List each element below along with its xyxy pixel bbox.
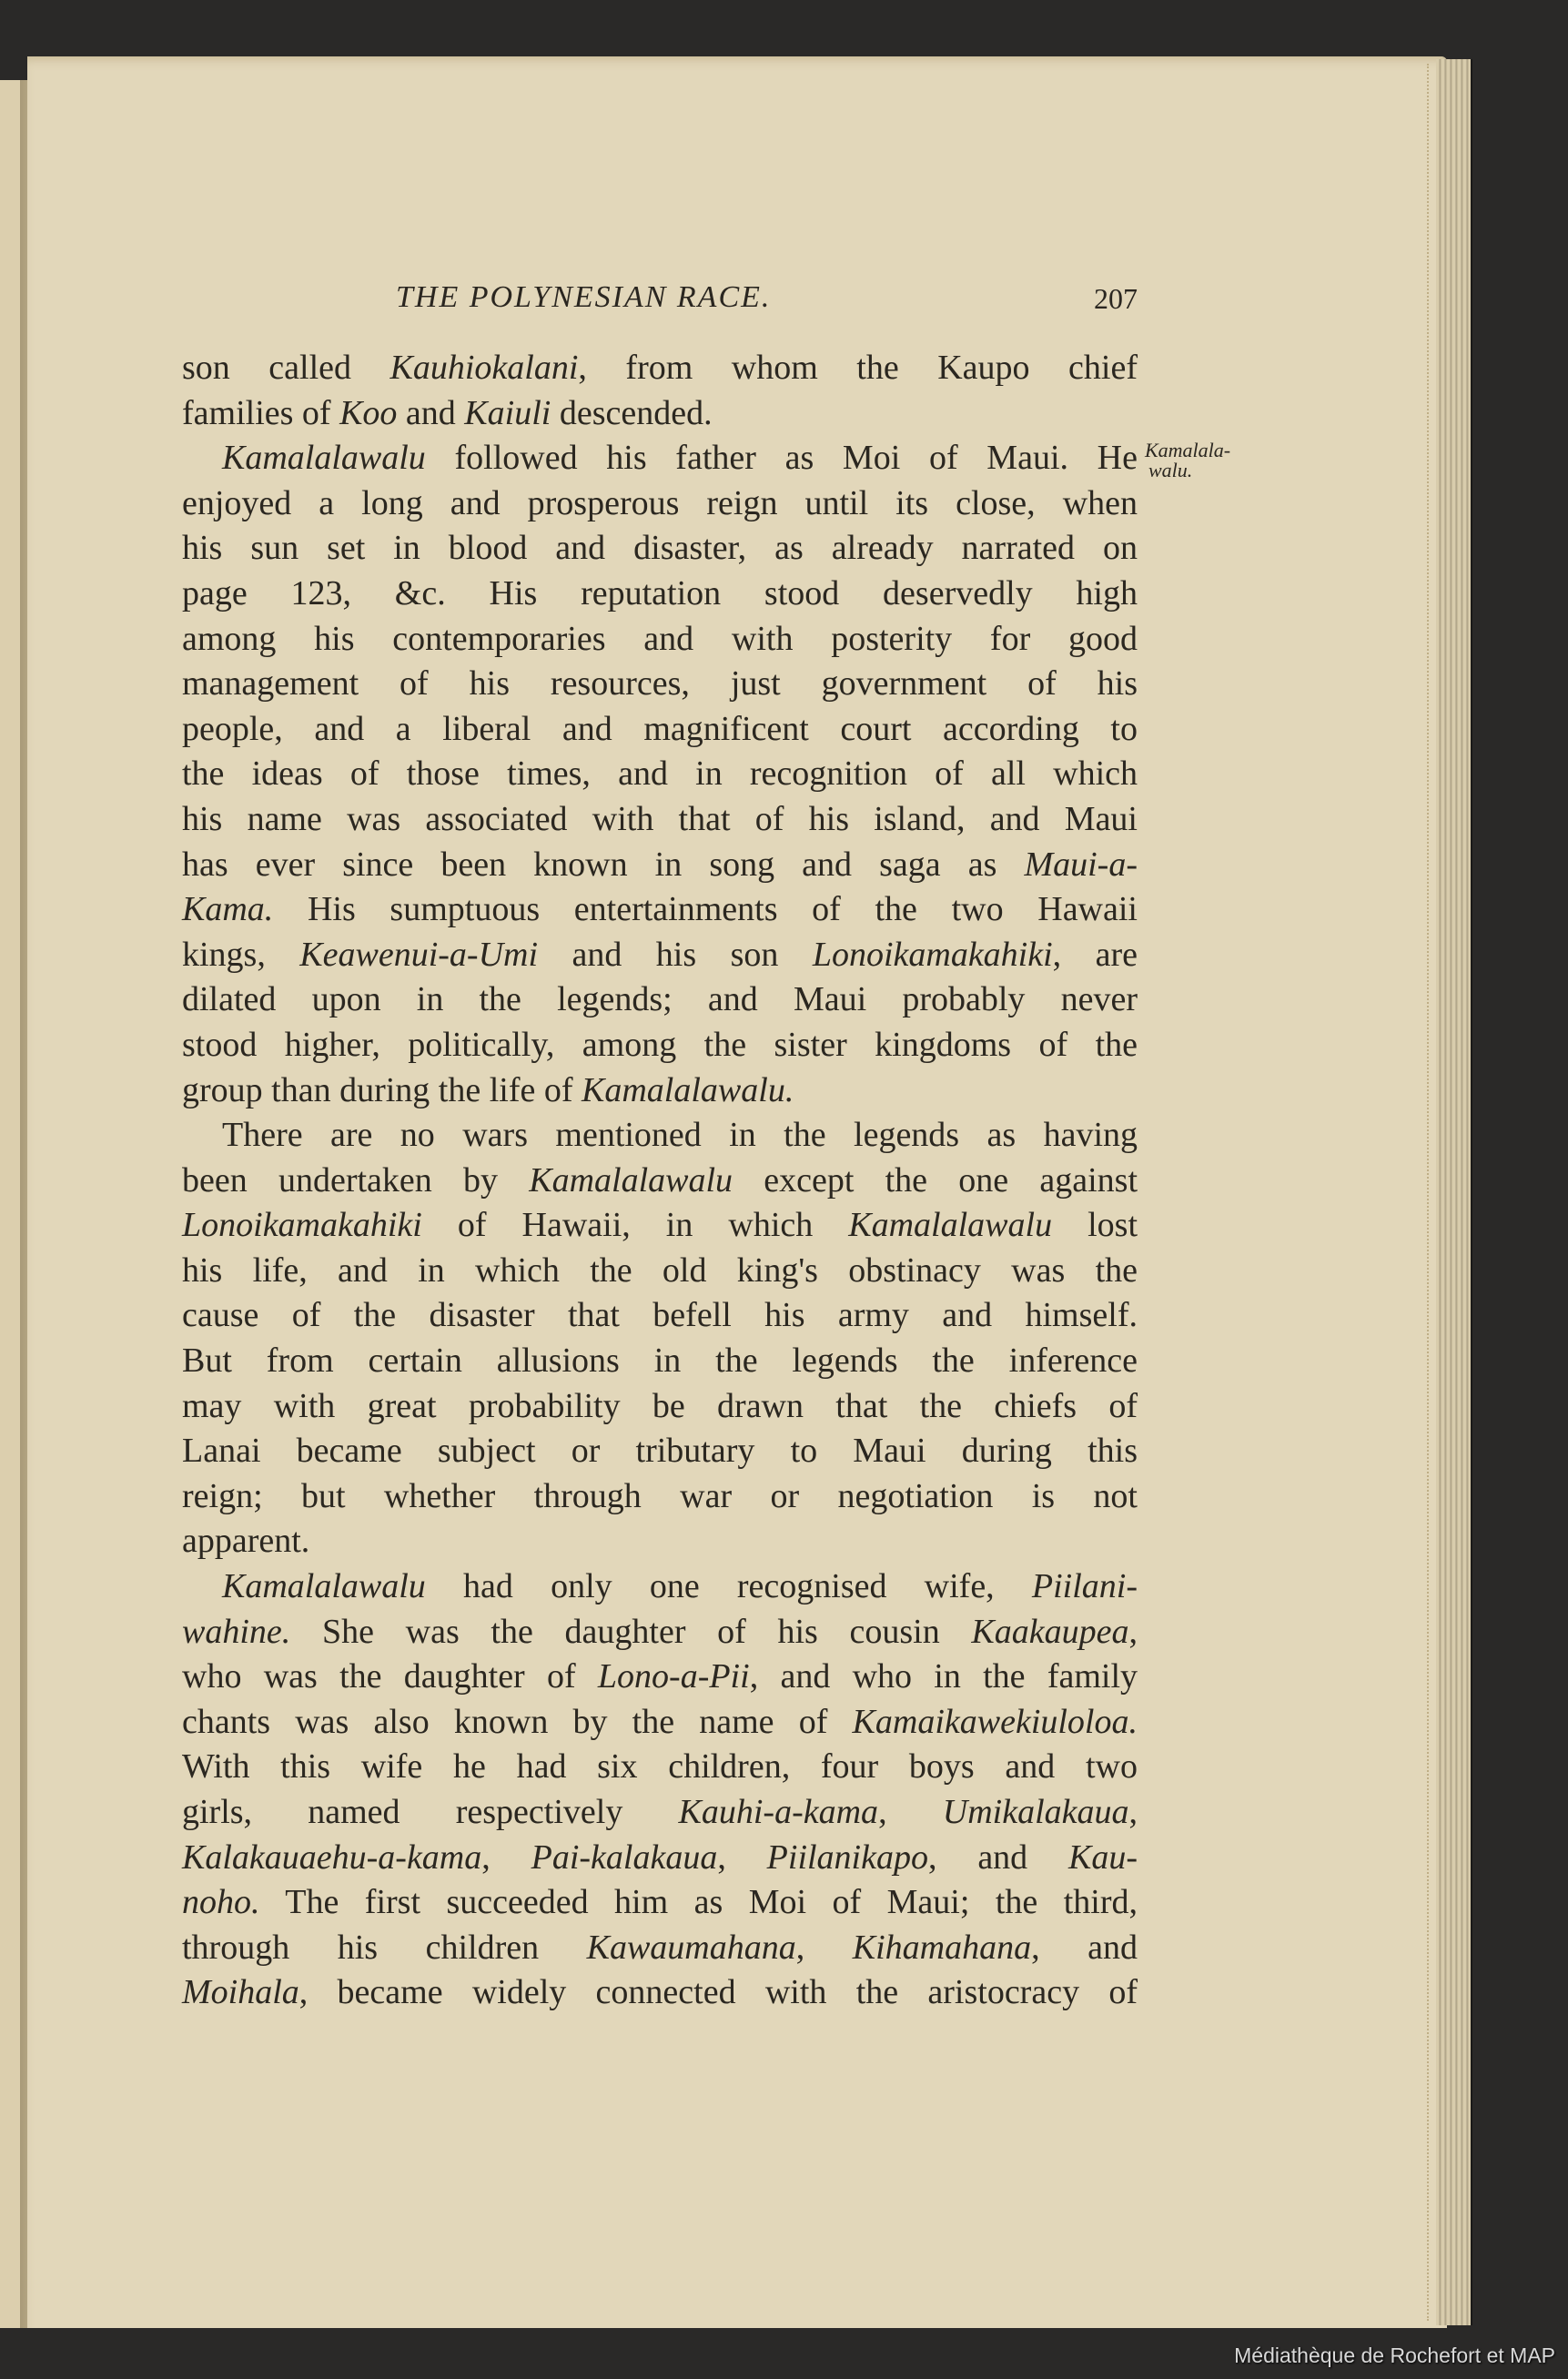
italic-name: Umikalakaua xyxy=(943,1793,1129,1831)
italic-name: Koo xyxy=(339,394,397,432)
text-run: girls, named respectively xyxy=(182,1793,679,1831)
text-run: his name was associated with that of his… xyxy=(182,800,1138,838)
text-line: chants was also known by the name of Kam… xyxy=(182,1700,1138,1746)
page-stack-edges xyxy=(1436,59,1472,2325)
italic-name: Kauhi-a-kama xyxy=(679,1793,879,1831)
running-title: THE POLYNESIAN RACE. xyxy=(396,280,771,315)
text-line: his life, and in which the old king's ob… xyxy=(182,1249,1138,1294)
text-run: lost xyxy=(1052,1206,1138,1244)
text-line: Lonoikamakahiki of Hawaii, in which Kama… xyxy=(182,1203,1138,1249)
italic-name: Piilani- xyxy=(1032,1567,1138,1605)
text-line: been undertaken by Kamalalawalu except t… xyxy=(182,1159,1138,1204)
italic-name: Kama. xyxy=(182,890,273,928)
text-run: dilated upon in the legends; and Maui pr… xyxy=(182,980,1138,1018)
text-run: son called xyxy=(182,349,390,387)
italic-name: noho. xyxy=(182,1883,260,1921)
text-run: , are xyxy=(1053,936,1138,974)
italic-name: wahine. xyxy=(182,1613,290,1651)
text-run: , xyxy=(1129,1613,1138,1651)
text-line: the ideas of those times, and in recogni… xyxy=(182,752,1138,797)
text-run: people, and a liberal and magnificent co… xyxy=(182,710,1138,748)
text-run: may with great probability be drawn that… xyxy=(182,1387,1138,1425)
text-line: enjoyed a long and prosperous reign unti… xyxy=(182,481,1138,527)
text-line: Moihala, became widely connected with th… xyxy=(182,1970,1138,2016)
margin-note-line: Kamalala- xyxy=(1145,440,1281,461)
text-run: But from certain allusions in the legend… xyxy=(182,1341,1138,1380)
margin-note-line: walu. xyxy=(1145,461,1281,481)
margin-note: Kamalala- walu. xyxy=(1145,440,1281,481)
text-run: the ideas of those times, and in recogni… xyxy=(182,754,1138,793)
text-run: There are no wars mentioned in the legen… xyxy=(222,1116,1138,1154)
italic-name: Keawenui-a-Umi xyxy=(299,936,538,974)
text-run: among his contemporaries and with poster… xyxy=(182,620,1138,658)
text-line: his sun set in blood and disaster, as al… xyxy=(182,526,1138,572)
running-head: THE POLYNESIAN RACE. 207 xyxy=(182,280,1138,326)
text-run: followed his father as Moi of Maui. He xyxy=(426,439,1138,477)
text-line: There are no wars mentioned in the legen… xyxy=(182,1113,1138,1159)
text-run: , xyxy=(481,1838,531,1877)
italic-name: Kaakaupea xyxy=(971,1613,1128,1651)
text-run: , from whom the Kaupo chief xyxy=(578,349,1138,387)
text-line: page 123, &c. His reputation stood deser… xyxy=(182,572,1138,617)
italic-name: Kau- xyxy=(1068,1838,1138,1877)
text-run: except the one against xyxy=(733,1161,1138,1200)
italic-name: Kamalalawalu xyxy=(222,439,426,477)
italic-name: Piilanikapo xyxy=(767,1838,928,1877)
text-run: With this wife he had six children, four… xyxy=(182,1747,1138,1786)
text-line: among his contemporaries and with poster… xyxy=(182,617,1138,663)
text-run: group than during the life of xyxy=(182,1071,582,1109)
text-line: But from certain allusions in the legend… xyxy=(182,1339,1138,1384)
text-line: Kamalalawalu had only one recognised wif… xyxy=(182,1564,1138,1610)
text-line: people, and a liberal and magnificent co… xyxy=(182,707,1138,753)
text-run: reign; but whether through war or negoti… xyxy=(182,1477,1138,1515)
text-line: dilated upon in the legends; and Maui pr… xyxy=(182,977,1138,1023)
text-line: Lanai became subject or tributary to Mau… xyxy=(182,1429,1138,1474)
italic-name: Maui-a- xyxy=(1024,845,1138,884)
page-number: 207 xyxy=(1094,282,1138,316)
body-text: son called Kauhiokalani, from whom the K… xyxy=(182,346,1138,2016)
text-run: cause of the disaster that befell his ar… xyxy=(182,1296,1138,1334)
text-run: enjoyed a long and prosperous reign unti… xyxy=(182,484,1138,522)
text-line: noho. The first succeeded him as Moi of … xyxy=(182,1880,1138,1926)
text-line: group than during the life of Kamalalawa… xyxy=(182,1068,1138,1114)
italic-name: Kamalalawalu xyxy=(848,1206,1052,1244)
text-run: , and xyxy=(1031,1929,1138,1967)
text-run: had only one recognised wife, xyxy=(426,1567,1032,1605)
italic-name: Kauhiokalani xyxy=(390,349,579,387)
text-run: , xyxy=(717,1838,766,1877)
text-run: his life, and in which the old king's ob… xyxy=(182,1251,1138,1290)
text-run: management of his resources, just govern… xyxy=(182,664,1138,703)
text-run: and his son xyxy=(538,936,813,974)
text-line: through his children Kawaumahana, Kihama… xyxy=(182,1926,1138,1971)
text-line: kings, Keawenui-a-Umi and his son Lonoik… xyxy=(182,933,1138,978)
text-line: stood higher, politically, among the sis… xyxy=(182,1023,1138,1068)
text-run: , xyxy=(878,1793,943,1831)
text-line: With this wife he had six children, four… xyxy=(182,1745,1138,1790)
text-line: wahine. She was the daughter of his cous… xyxy=(182,1610,1138,1655)
watermark-credit: Médiathèque de Rochefort et MAP xyxy=(1234,2344,1555,2368)
text-run: who was the daughter of xyxy=(182,1657,598,1696)
italic-name: Pai-kalakaua xyxy=(531,1838,718,1877)
italic-name: Lono-a-Pii xyxy=(598,1657,750,1696)
text-run: has ever since been known in song and sa… xyxy=(182,845,1024,884)
text-run: and xyxy=(397,394,464,432)
text-run: of Hawaii, in which xyxy=(422,1206,848,1244)
text-run: , and xyxy=(928,1838,1068,1877)
text-line: has ever since been known in song and sa… xyxy=(182,843,1138,888)
italic-name: Kalakauaehu-a-kama xyxy=(182,1838,481,1877)
text-line: son called Kauhiokalani, from whom the K… xyxy=(182,346,1138,391)
text-run: stood higher, politically, among the sis… xyxy=(182,1026,1138,1064)
text-run: kings, xyxy=(182,936,299,974)
text-run: families of xyxy=(182,394,339,432)
text-run: apparent. xyxy=(182,1522,309,1560)
text-run: through his children xyxy=(182,1929,587,1967)
text-line: families of Koo and Kaiuli descended. xyxy=(182,391,1138,437)
text-line: girls, named respectively Kauhi-a-kama, … xyxy=(182,1790,1138,1836)
text-line: Kamalalawalu followed his father as Moi … xyxy=(182,436,1138,481)
italic-name: Kaiuli xyxy=(464,394,551,432)
text-line: reign; but whether through war or negoti… xyxy=(182,1474,1138,1520)
text-line: cause of the disaster that befell his ar… xyxy=(182,1293,1138,1339)
text-run: She was the daughter of his cousin xyxy=(290,1613,971,1651)
italic-name: Lonoikamakahiki xyxy=(182,1206,422,1244)
text-line: apparent. xyxy=(182,1519,1138,1564)
text-line: may with great probability be drawn that… xyxy=(182,1384,1138,1430)
italic-name: Kihamahana xyxy=(853,1929,1031,1967)
text-line: management of his resources, just govern… xyxy=(182,662,1138,707)
italic-name: Lonoikamakahiki xyxy=(813,936,1053,974)
text-run: been undertaken by xyxy=(182,1161,529,1200)
text-run: Lanai became subject or tributary to Mau… xyxy=(182,1432,1138,1470)
italic-name: Kawaumahana xyxy=(587,1929,796,1967)
text-run: , xyxy=(796,1929,853,1967)
text-run: chants was also known by the name of xyxy=(182,1703,853,1741)
text-run: , xyxy=(1129,1793,1138,1831)
text-run: his sun set in blood and disaster, as al… xyxy=(182,529,1138,567)
text-line: his name was associated with that of his… xyxy=(182,797,1138,843)
text-run: His sumptuous entertainments of the two … xyxy=(273,890,1138,928)
text-run: descended. xyxy=(551,394,712,432)
text-line: Kama. His sumptuous entertainments of th… xyxy=(182,887,1138,933)
italic-name: Kamaikawekiuloloa. xyxy=(853,1703,1138,1741)
italic-name: Kamalalawalu xyxy=(529,1161,733,1200)
text-line: who was the daughter of Lono-a-Pii, and … xyxy=(182,1655,1138,1700)
italic-name: Kamalalawalu. xyxy=(582,1071,794,1109)
text-run: page 123, &c. His reputation stood deser… xyxy=(182,574,1138,612)
text-run: , became widely connected with the arist… xyxy=(299,1973,1138,2011)
text-line: Kalakauaehu-a-kama, Pai-kalakaua, Piilan… xyxy=(182,1836,1138,1881)
italic-name: Moihala xyxy=(182,1973,299,2011)
page-deckle-edge xyxy=(1427,64,1432,2321)
text-run: , and who in the family xyxy=(750,1657,1138,1696)
text-run: The first succeeded him as Moi of Maui; … xyxy=(260,1883,1138,1921)
italic-name: Kamalalawalu xyxy=(222,1567,426,1605)
